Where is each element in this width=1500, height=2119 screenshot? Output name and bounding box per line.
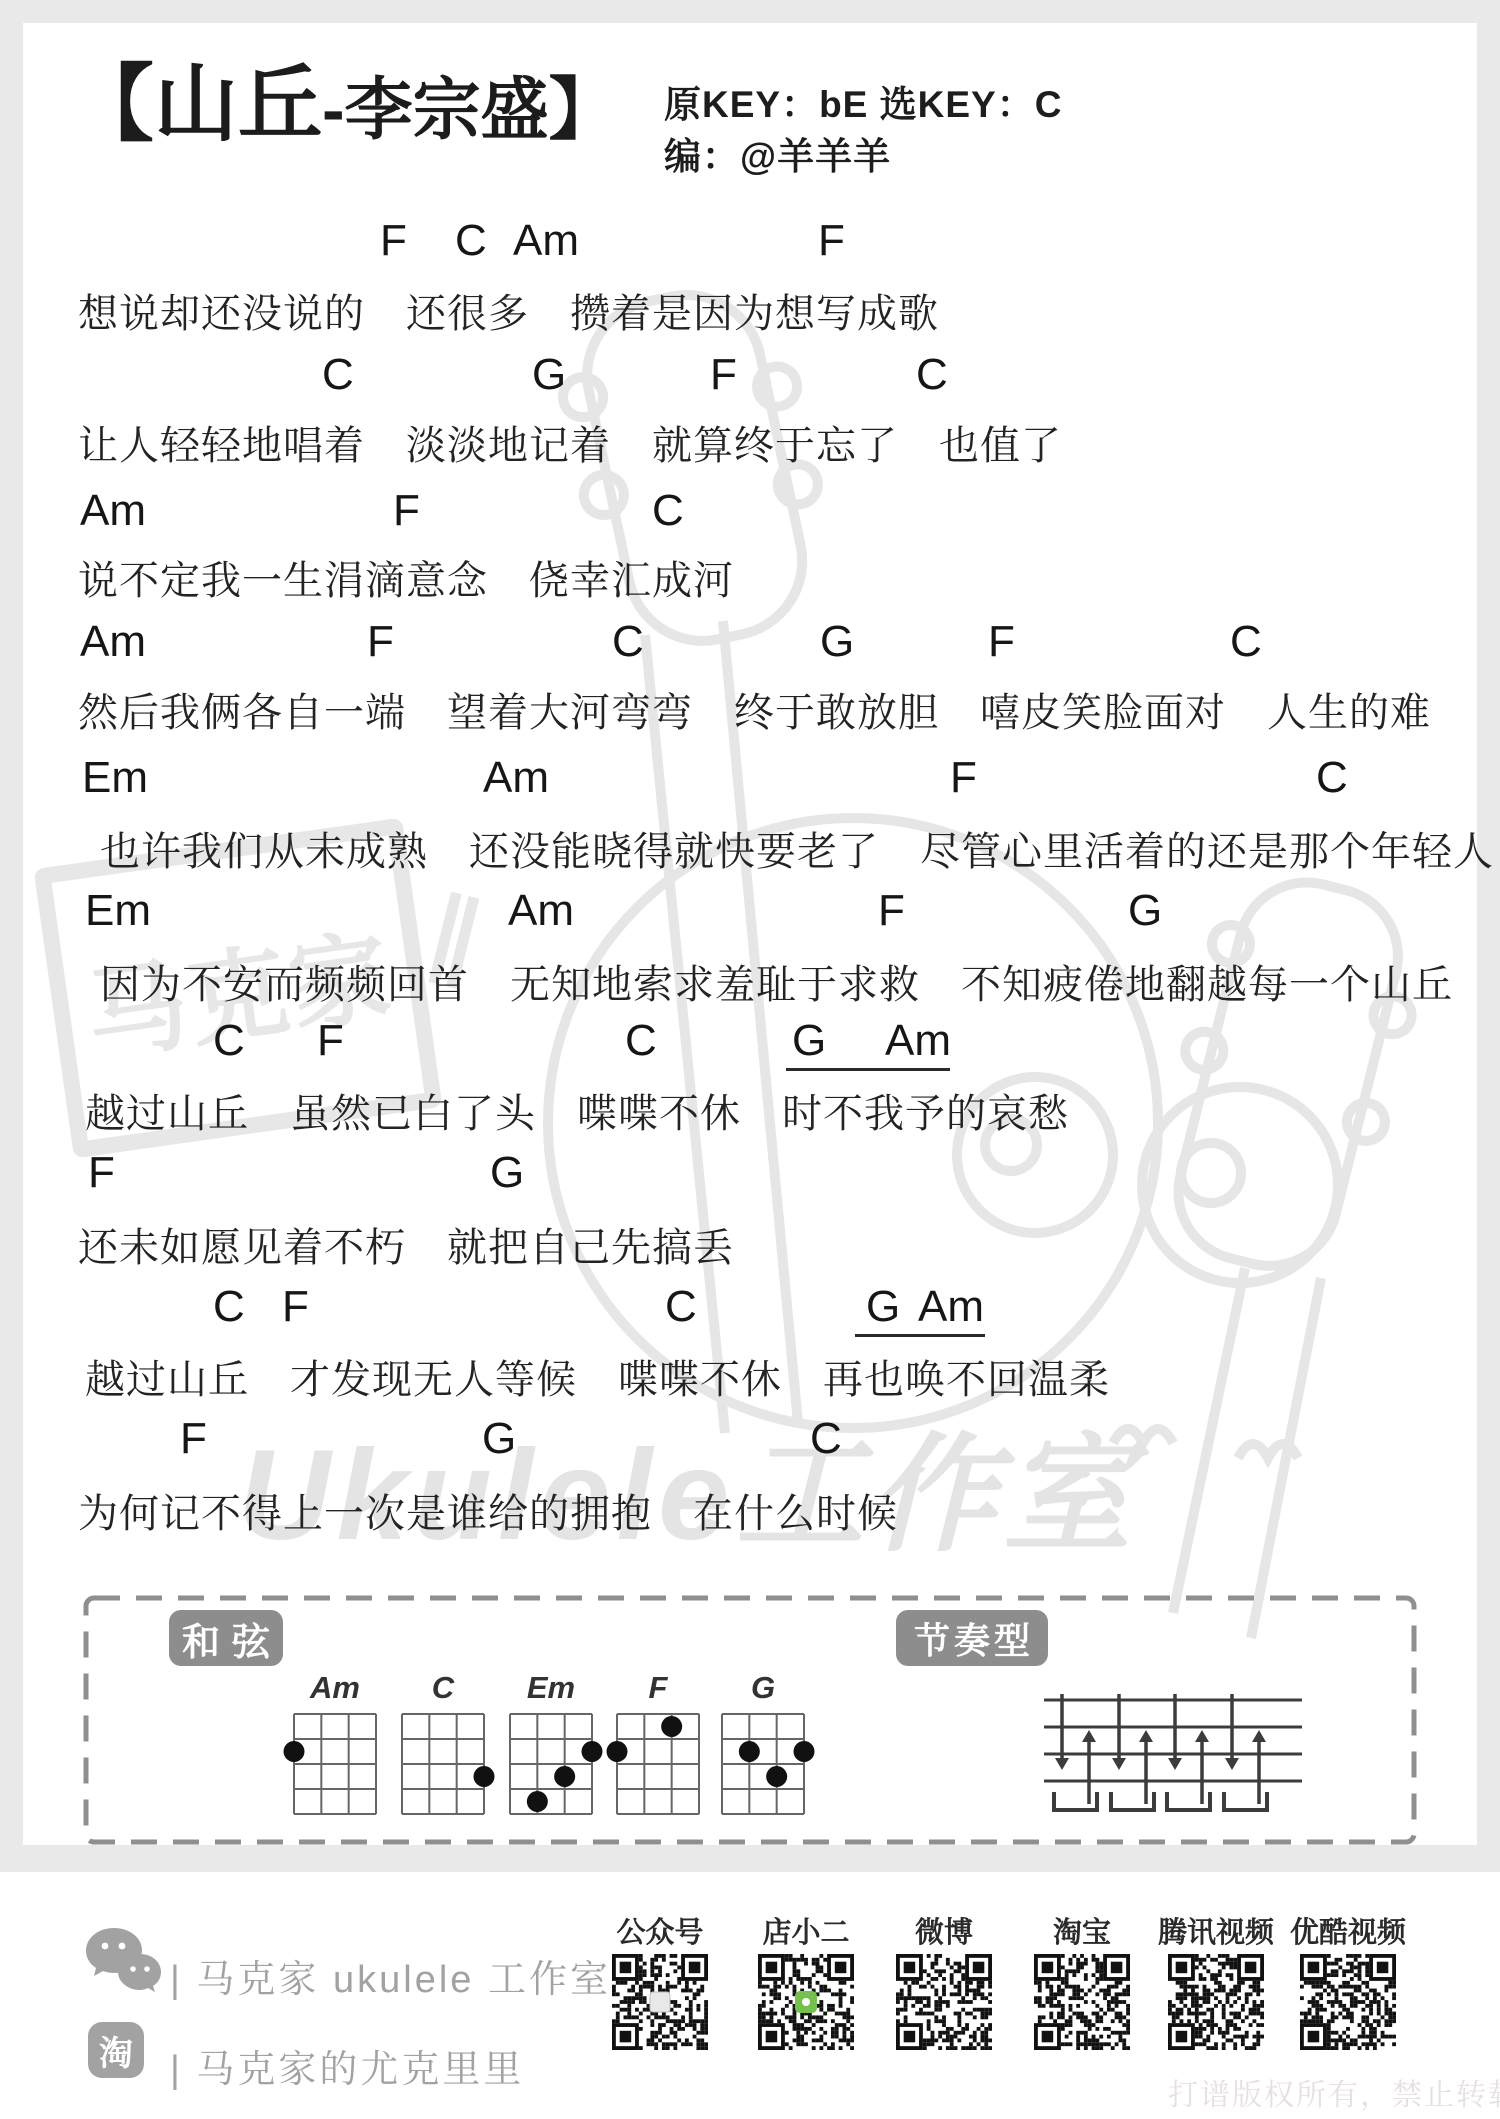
chord-diagram-F: F: [606, 1670, 710, 1822]
copyright-watermark: 打谱版权所有，禁止转载: [1168, 2070, 1500, 2114]
qr-code-优酷视频: [1300, 1954, 1396, 2055]
chord-diagram-Em: Em: [499, 1670, 603, 1822]
qr-label-公众号: 公众号: [580, 1910, 740, 1951]
chord-diagram-label: Em: [499, 1670, 603, 1706]
chord-diagram-label: Am: [283, 1670, 387, 1706]
taobao-shop-label: | 马克家的尤克里里: [170, 2038, 524, 2093]
taobao-icon: 淘: [88, 2022, 144, 2078]
qr-code-店小二: [758, 1954, 854, 2055]
qr-code-淘宝: [1034, 1954, 1130, 2055]
qr-label-店小二: 店小二: [726, 1910, 886, 1951]
qr-code-公众号: [612, 1954, 708, 2055]
wechat-studio-label: | 马克家 ukulele 工作室: [170, 1948, 611, 2003]
qr-code-微博: [896, 1954, 992, 2055]
chords-badge: 和弦: [169, 1610, 283, 1666]
qr-label-微博: 微博: [864, 1910, 1024, 1951]
qr-code-image: [612, 1954, 708, 2050]
chord-sheet-page: Ukulele工作室 马克家 ∥ 【山丘-李宗盛】 原KEY：bE 选KEY：C…: [0, 0, 1500, 2119]
chord-diagram-label: C: [391, 1670, 495, 1706]
qr-code-腾讯视频: [1168, 1954, 1264, 2055]
rhythm-pattern: [1040, 1688, 1306, 1822]
rhythm-badge: 节奏型: [896, 1610, 1048, 1666]
qr-label-优酷视频: 优酷视频: [1268, 1910, 1428, 1951]
qr-code-image: [896, 1954, 992, 2050]
chord-diagram-G: G: [711, 1670, 815, 1822]
chord-diagram-label: F: [606, 1670, 710, 1706]
chord-diagram-C: C: [391, 1670, 495, 1822]
taobao-icon-char: 淘: [99, 2026, 133, 2075]
chord-diagram-Am: Am: [283, 1670, 387, 1822]
qr-code-image: [1300, 1954, 1396, 2050]
wechat-icon: [84, 1926, 162, 2000]
chord-diagram-label: G: [711, 1670, 815, 1706]
qr-code-image: [1034, 1954, 1130, 2050]
qr-code-image: [758, 1954, 854, 2050]
qr-code-image: [1168, 1954, 1264, 2050]
